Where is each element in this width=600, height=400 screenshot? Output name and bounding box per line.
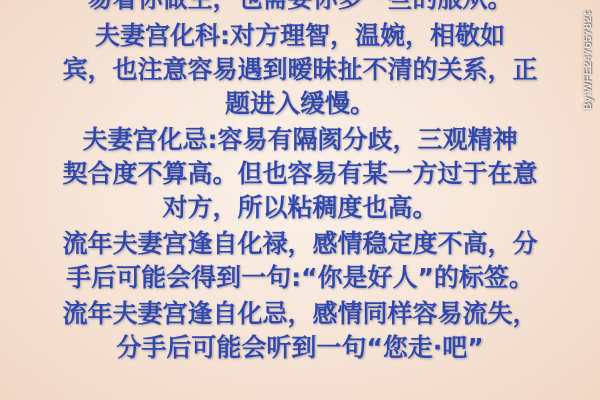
text-line-2: 夫妻宫化科:对方理智，温婉，相敬如 [0, 21, 600, 51]
watermark: By:WFE24765782¢ [578, 0, 598, 120]
watermark-text: By:WFE24765782¢ [582, 10, 594, 110]
text-line-9: 手后可能会得到一句:“你是好人”的标签。 [0, 263, 600, 293]
text-line-7: 对方，所以粘稠度也高。 [0, 193, 600, 223]
text-line-6: 契合度不算高。但也容易有某一方过于在意 [0, 159, 600, 189]
text-line-3: 宾，也注意容易遇到暧昧扯不清的关系，正 [0, 55, 600, 85]
text-line-4: 题进入缓慢。 [0, 89, 600, 119]
text-line-1: 易着你做主，也需要你多一些的服从。 [0, 0, 600, 14]
text-line-10: 流年夫妻宫逢自化忌，感情同样容易流失， [0, 299, 600, 329]
text-line-5: 夫妻宫化忌:容易有隔阂分歧，三观精神 [0, 125, 600, 155]
text-line-11: 分手后可能会听到一句“您走·吧” [0, 333, 600, 363]
text-line-8: 流年夫妻宫逢自化禄，感情稳定度不高，分 [0, 229, 600, 259]
